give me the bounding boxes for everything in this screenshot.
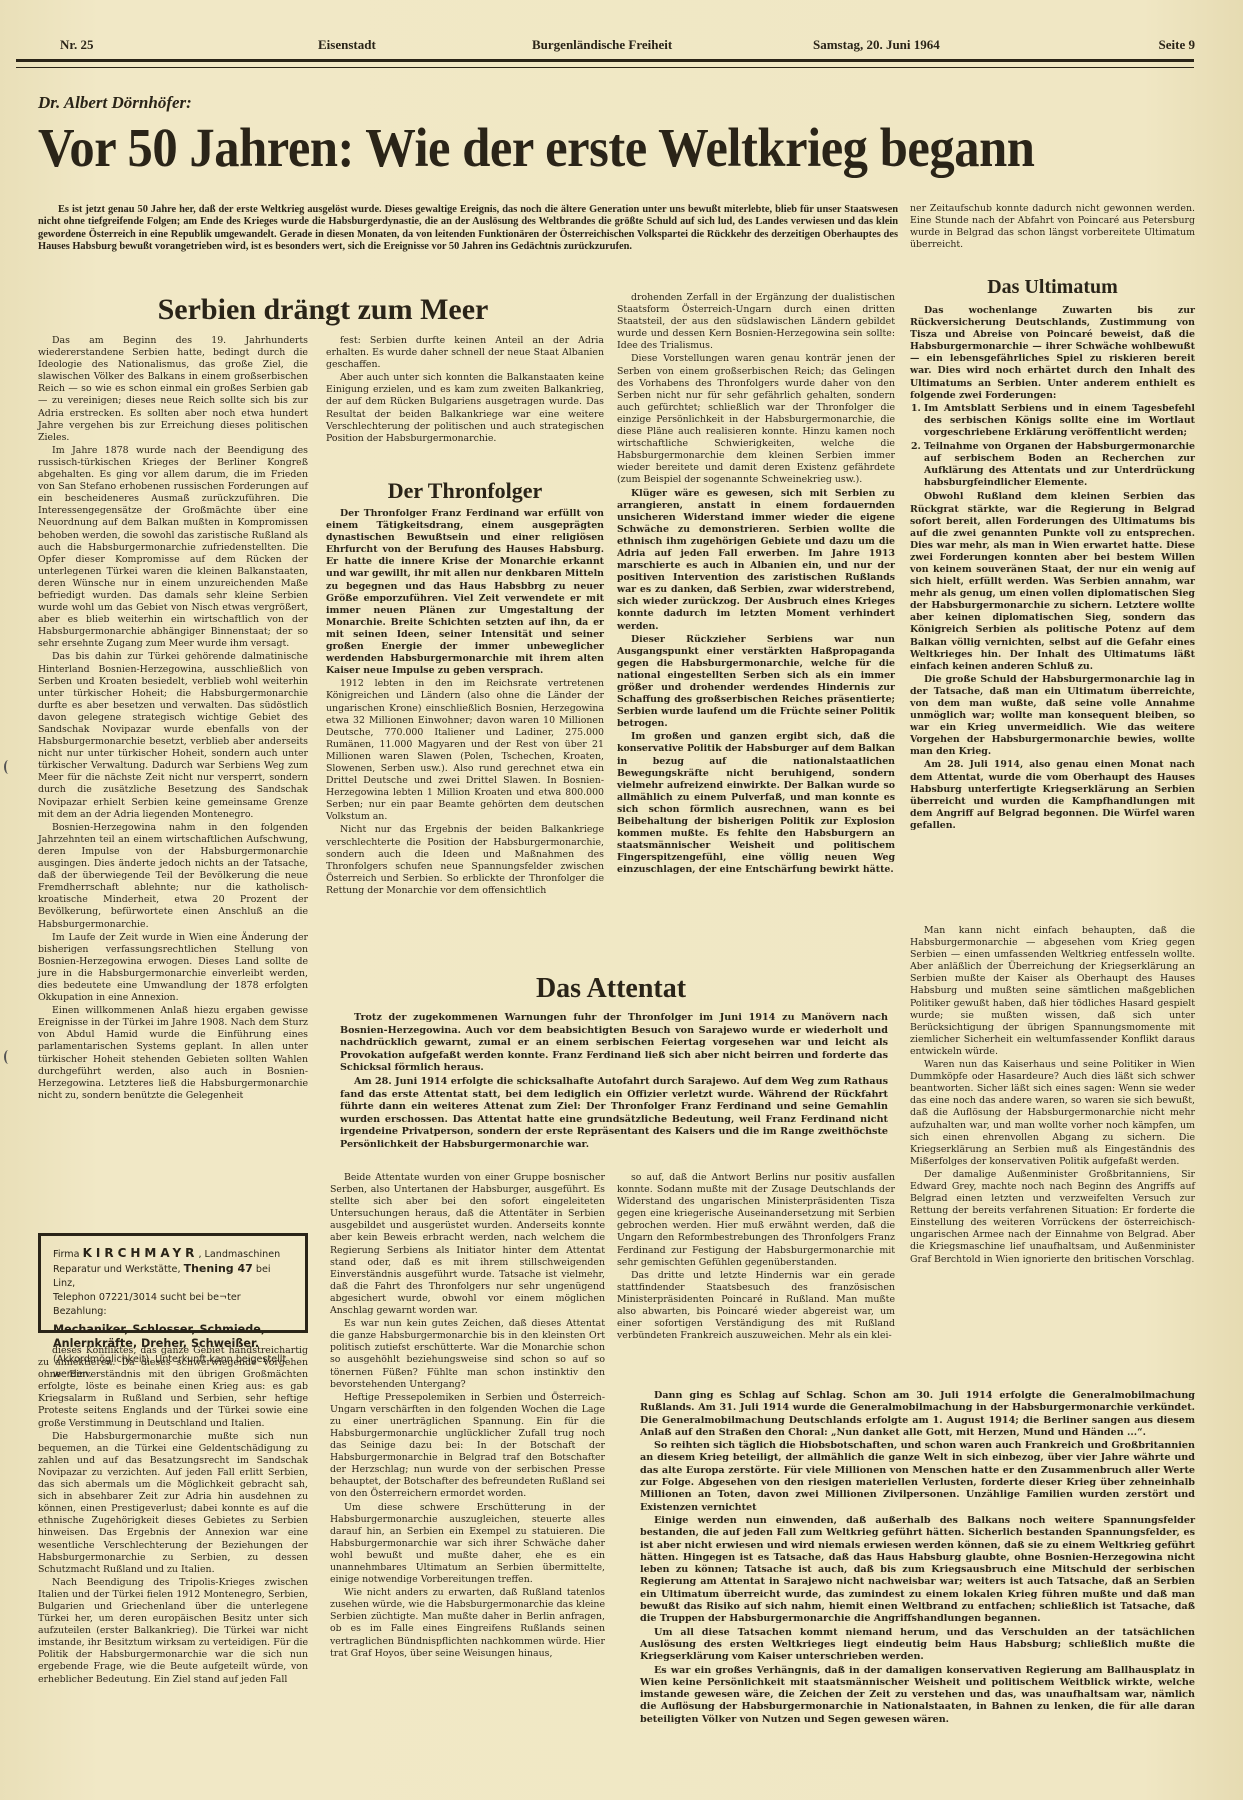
page-number: Seite 9 [1159, 37, 1195, 53]
ad-phone: Telephon 07221/3014 sucht bei be¬ter Bez… [53, 1291, 293, 1319]
column-3-top: drohenden Zerfall in der Ergänzung der d… [617, 292, 895, 878]
advertisement-kirchmayr: Firma KIRCHMAYR, Landmaschinen Reparatur… [38, 1233, 308, 1333]
section-heading-thronfolger: Der Thronfolger [326, 478, 604, 504]
section-heading-serbien: Serbien drängt zum Meer [38, 293, 608, 327]
column-4-top: ner Zeitaufschub konnte dadurch nicht ge… [910, 203, 1195, 252]
section-heading-attentat: Das Attentat [326, 973, 896, 1005]
column-3-attentat: so auf, daß die Antwort Berlins nur posi… [617, 1172, 895, 1343]
article-lead: Es ist jetzt genau 50 Jahre her, daß der… [38, 204, 898, 253]
ad-company: KIRCHMAYR [83, 1246, 199, 1260]
newspaper-page: Nr. 25 Eisenstadt Burgenländische Freihe… [0, 0, 1243, 1800]
binding-mark [4, 760, 13, 774]
issue-number: Nr. 25 [60, 37, 93, 53]
binding-mark [4, 1050, 13, 1064]
column-4-body: Man kann nicht einfach behaupten, daß di… [910, 925, 1195, 1267]
city: Eisenstadt [318, 37, 376, 53]
newspaper-name: Burgenländische Freiheit [532, 37, 672, 53]
demand-item: Teilnahme von Organen der Habsburgermona… [924, 441, 1195, 489]
column-2-attentat: Beide Attentate wurden von einer Gruppe … [330, 1172, 605, 1661]
section-heading-ultimatum: Das Ultimatum [910, 276, 1195, 299]
column-2-top: fest: Serbien durfte keinen Anteil an de… [326, 335, 604, 446]
issue-date: Samstag, 20. Juni 1964 [813, 37, 940, 53]
attentat-lead: Trotz der zugekommenen Warnungen fuhr de… [340, 1012, 888, 1153]
demand-item: Im Amtsblatt Serbiens und in einem Tages… [924, 403, 1195, 439]
column-1: Das am Beginn des 19. Jahrhunderts wiede… [38, 335, 308, 1103]
headline: Vor 50 Jahren: Wie der erste Weltkrieg b… [38, 117, 1105, 179]
column-4-ultimatum: Das wochenlange Zuwarten bis zur Rückver… [910, 305, 1195, 833]
column-1-continued: dieses Konfliktes, das ganze Gebiet hand… [38, 1345, 308, 1687]
masthead: Nr. 25 Eisenstadt Burgenländische Freihe… [60, 37, 1195, 55]
column-2-thronfolger: Der Thronfolger Franz Ferdinand war erfü… [326, 508, 604, 898]
closing-section: Dann ging es Schlag auf Schlag. Schon am… [640, 1390, 1195, 1727]
ultimatum-demands: Im Amtsblatt Serbiens und in einem Tages… [910, 403, 1195, 490]
masthead-rule [16, 59, 1194, 68]
byline: Dr. Albert Dörnhöfer: [38, 93, 192, 113]
